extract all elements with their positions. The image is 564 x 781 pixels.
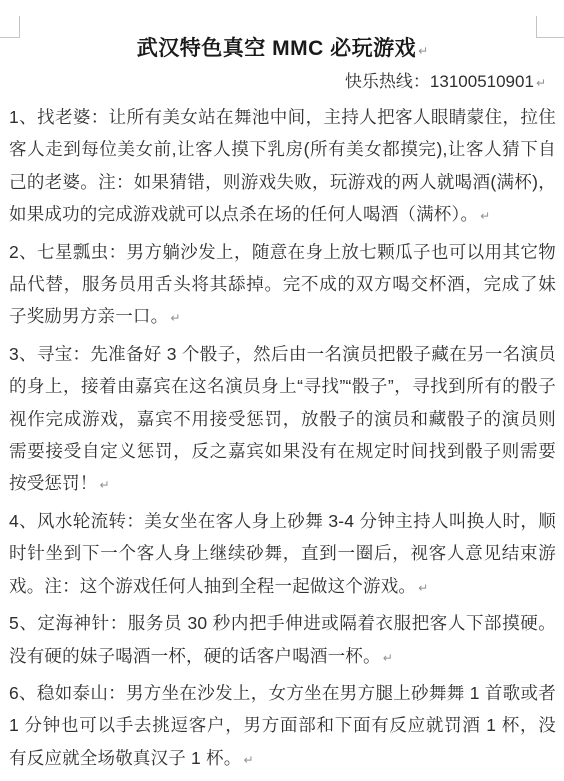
paragraph-mark-icon: ↵ — [383, 651, 393, 665]
paragraph-text: 3、寻宝：先准备好 3 个骰子，然后由一名演员把骰子藏在另一名演员的身上，接着由… — [9, 344, 556, 494]
paragraph-mark-icon: ↵ — [170, 311, 180, 325]
document-text-area[interactable]: 武汉特色真空 MMC 必玩游戏↵ 快乐热线：13100510901↵ 1、找老婆… — [9, 28, 556, 779]
document-title: 武汉特色真空 MMC 必玩游戏 — [137, 37, 416, 60]
paragraph-mark-icon: ↵ — [418, 581, 428, 595]
paragraph-text: 6、稳如泰山：男方坐在沙发上，女方坐在男方腿上砂舞舞 1 首歌或者 1 分钟也可… — [9, 683, 556, 768]
paragraph-text: 5、定海神针：服务员 30 秒内把手伸进或隔着衣服把客人下部摸硬。没有硬的妹子喝… — [9, 613, 556, 665]
document-title-line: 武汉特色真空 MMC 必玩游戏↵ — [9, 34, 556, 66]
hotline-label: 快乐热线： — [345, 72, 430, 91]
game-paragraph-6: 6、稳如泰山：男方坐在沙发上，女方坐在男方腿上砂舞舞 1 首歌或者 1 分钟也可… — [9, 677, 556, 776]
paragraph-mark-icon: ↵ — [536, 76, 546, 90]
paragraph-mark-icon: ↵ — [418, 44, 428, 58]
game-paragraph-5: 5、定海神针：服务员 30 秒内把手伸进或隔着衣服把客人下部摸硬。没有硬的妹子喝… — [9, 607, 556, 674]
hotline-number: 13100510901 — [430, 72, 534, 91]
paragraph-mark-icon: ↵ — [480, 209, 490, 223]
paragraph-mark-icon: ↵ — [243, 753, 253, 767]
game-paragraph-list: 1、找老婆：让所有美女站在舞池中间，主持人把客人眼睛蒙住，拉住客人走到每位美女前… — [9, 101, 556, 776]
word-document-page: 武汉特色真空 MMC 必玩游戏↵ 快乐热线：13100510901↵ 1、找老婆… — [0, 0, 564, 781]
paragraph-mark-icon: ↵ — [100, 478, 110, 492]
game-paragraph-3: 3、寻宝：先准备好 3 个骰子，然后由一名演员把骰子藏在另一名演员的身上，接着由… — [9, 338, 556, 502]
game-paragraph-4: 4、风水轮流转：美女坐在客人身上砂舞 3-4 分钟主持人叫换人时，顺时针坐到下一… — [9, 505, 556, 604]
hotline-line: 快乐热线：13100510901↵ — [9, 70, 546, 95]
paragraph-text: 2、七星瓢虫：男方躺沙发上，随意在身上放七颗瓜子也可以用其它物品代替，服务员用舌… — [9, 242, 556, 327]
paragraph-text: 4、风水轮流转：美女坐在客人身上砂舞 3-4 分钟主持人叫换人时，顺时针坐到下一… — [9, 511, 556, 596]
paragraph-text: 1、找老婆：让所有美女站在舞池中间，主持人把客人眼睛蒙住，拉住客人走到每位美女前… — [9, 107, 556, 224]
game-paragraph-2: 2、七星瓢虫：男方躺沙发上，随意在身上放七颗瓜子也可以用其它物品代替，服务员用舌… — [9, 236, 556, 335]
game-paragraph-1: 1、找老婆：让所有美女站在舞池中间，主持人把客人眼睛蒙住，拉住客人走到每位美女前… — [9, 101, 556, 233]
